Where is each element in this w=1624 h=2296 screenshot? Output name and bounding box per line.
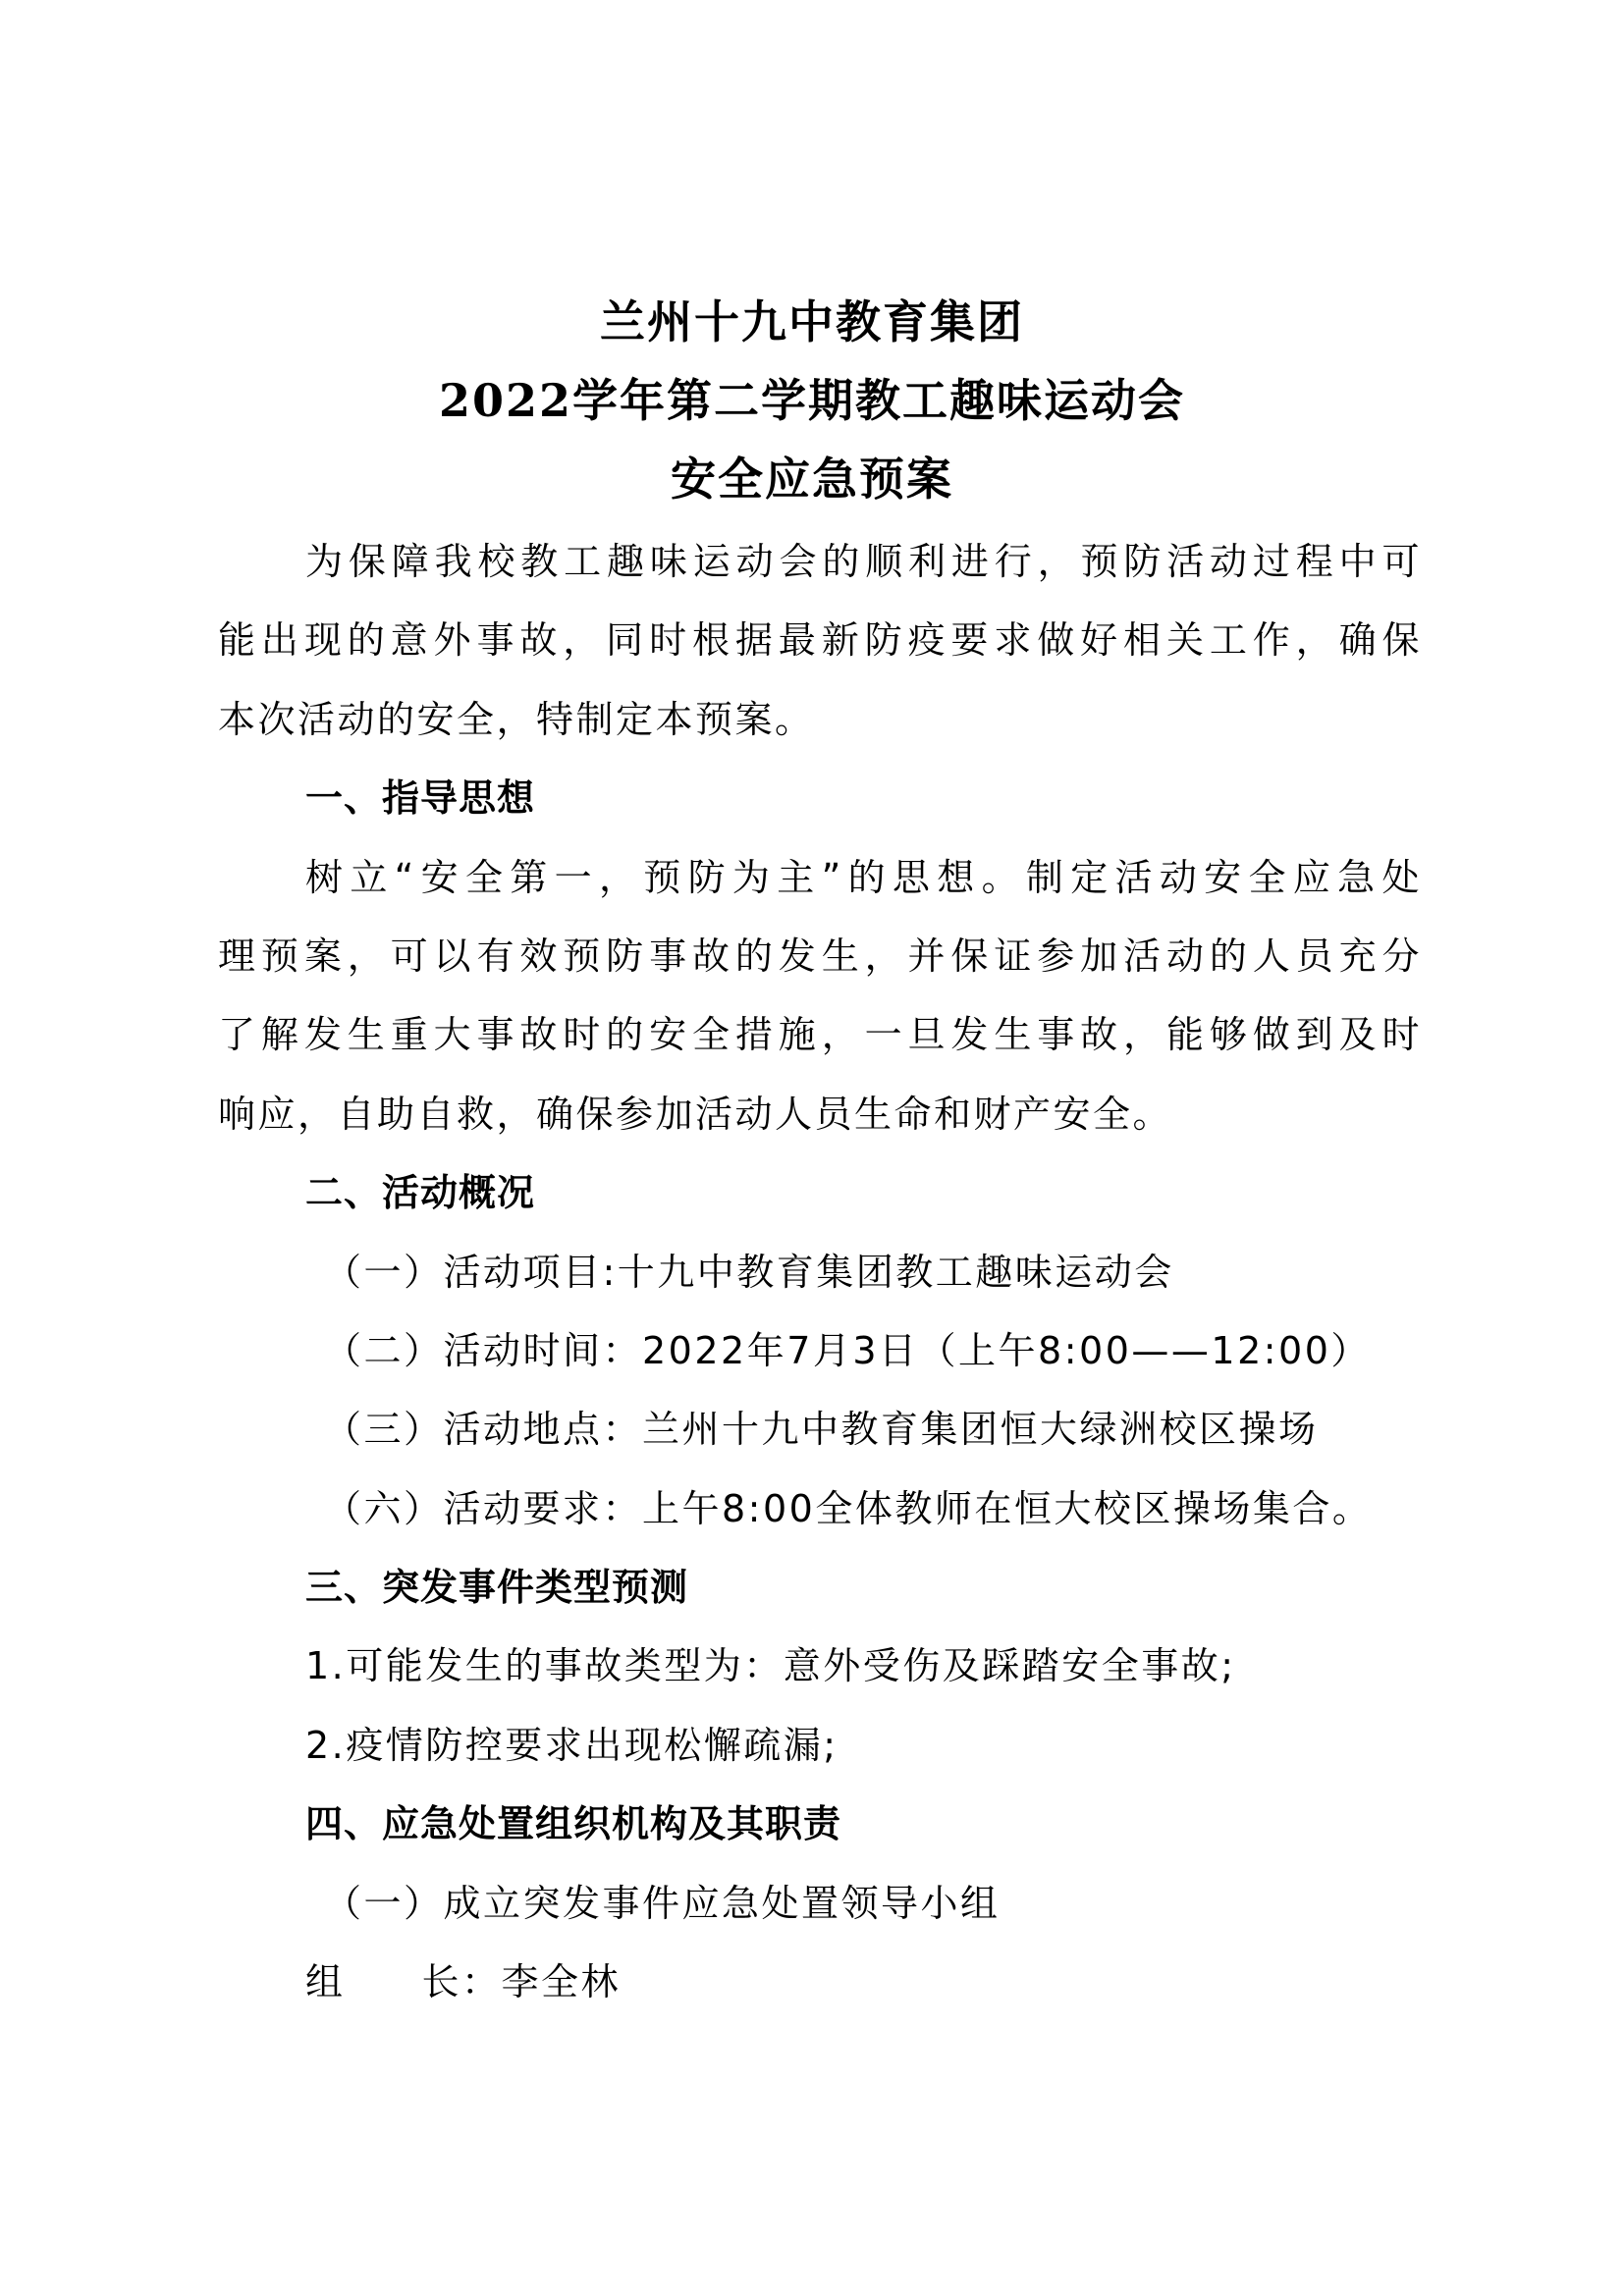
paragraph-line: 响应，自助自救，确保参加活动人员生命和财产安全。 <box>218 1075 1422 1153</box>
subsection-heading: （一）成立突发事件应急处置领导小组 <box>218 1864 1422 1943</box>
paragraph-line: 能出现的意外事故，同时根据最新防疫要求做好相关工作，确保 <box>218 601 1422 679</box>
title-line-plan: 安全应急预案 <box>0 440 1624 518</box>
leader-name: 李全林 <box>502 1960 622 2003</box>
section-heading: 二、活动概况 <box>218 1153 1422 1232</box>
list-item: 2.疫情防控要求出现松懈疏漏; <box>218 1706 1422 1785</box>
list-item: （六）活动要求：上午8:00全体教师在恒大校区操场集合。 <box>218 1469 1422 1548</box>
document-title: 兰州十九中教育集团 2022学年第二学期教工趣味运动会 安全应急预案 <box>0 283 1624 518</box>
paragraph-line: 树立“安全第一，预防为主”的思想。制定活动安全应急处 <box>218 838 1422 917</box>
list-item: （一）活动项目:十九中教育集团教工趣味运动会 <box>218 1233 1422 1311</box>
list-item: （三）活动地点：兰州十九中教育集团恒大绿洲校区操场 <box>218 1390 1422 1468</box>
section-heading: 四、应急处置组织机构及其职责 <box>218 1785 1422 1863</box>
team-leader-line: 组长：李全林 <box>218 1943 1422 2021</box>
leader-label-part2: 长： <box>422 1960 502 2003</box>
section-incident-prediction: 三、突发事件类型预测 1.可能发生的事故类型为：意外受伤及踩踏安全事故; 2.疫… <box>218 1548 1422 1785</box>
title-line-organization: 兰州十九中教育集团 <box>0 283 1624 361</box>
title-line-event: 2022学年第二学期教工趣味运动会 <box>0 361 1624 440</box>
section-guiding-ideology: 一、指导思想 树立“安全第一，预防为主”的思想。制定活动安全应急处 理预案，可以… <box>218 759 1422 1153</box>
section-heading: 三、突发事件类型预测 <box>218 1548 1422 1627</box>
intro-paragraph: 为保障我校教工趣味运动会的顺利进行，预防活动过程中可 能出现的意外事故，同时根据… <box>218 522 1422 759</box>
paragraph-line: 本次活动的安全，特制定本预案。 <box>218 680 1422 759</box>
list-item: （二）活动时间：2022年7月3日（上午8:00——12:00） <box>218 1311 1422 1390</box>
paragraph-line: 理预案，可以有效预防事故的发生，并保证参加活动的人员充分 <box>218 917 1422 995</box>
section-emergency-organization: 四、应急处置组织机构及其职责 （一）成立突发事件应急处置领导小组 组长：李全林 <box>218 1785 1422 2021</box>
paragraph-line: 为保障我校教工趣味运动会的顺利进行，预防活动过程中可 <box>218 522 1422 601</box>
leader-label-part1: 组 <box>305 1960 346 2003</box>
list-item: 1.可能发生的事故类型为：意外受伤及踩踏安全事故; <box>218 1627 1422 1705</box>
document-page: 兰州十九中教育集团 2022学年第二学期教工趣味运动会 安全应急预案 为保障我校… <box>0 0 1624 2296</box>
document-body: 为保障我校教工趣味运动会的顺利进行，预防活动过程中可 能出现的意外事故，同时根据… <box>218 522 1422 2021</box>
section-activity-overview: 二、活动概况 （一）活动项目:十九中教育集团教工趣味运动会 （二）活动时间：20… <box>218 1153 1422 1548</box>
section-heading: 一、指导思想 <box>218 759 1422 837</box>
paragraph-line: 了解发生重大事故时的安全措施，一旦发生事故，能够做到及时 <box>218 995 1422 1074</box>
